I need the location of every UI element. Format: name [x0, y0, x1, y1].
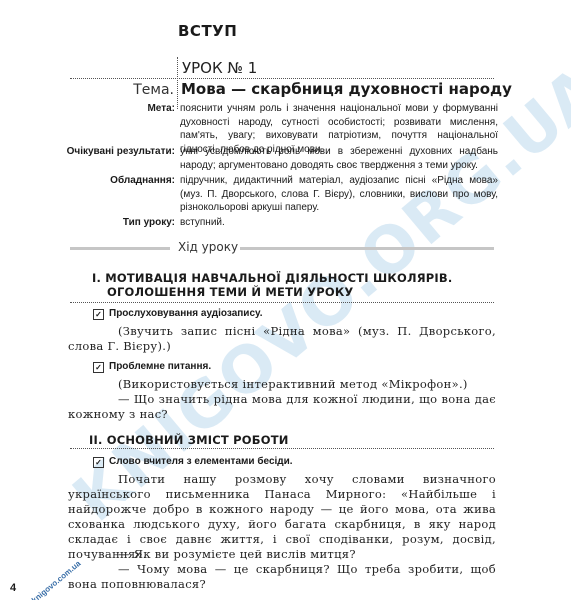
paragraph: — Що значить рідна мова для кожної людин…: [68, 392, 496, 422]
results-value: учні усвідомлюють роль мови в збереженні…: [180, 145, 498, 172]
divider: [70, 448, 494, 449]
checkbox-icon: ✓: [93, 362, 104, 373]
goal-label: Мета:: [60, 102, 175, 116]
lesson-number: УРОК № 1: [182, 59, 257, 77]
topic-label: Тема.: [130, 82, 174, 98]
paragraph: (Використовується інтерактивний метод «М…: [68, 377, 496, 392]
checklist-item: ✓Проблемне питання.: [93, 361, 211, 373]
equipment-label: Обладнання:: [60, 174, 175, 188]
section2-heading: II. ОСНОВНИЙ ЗМІСТ РОБОТИ: [89, 433, 289, 447]
paragraph: — Як ви розумієте цей вислів митця?: [68, 547, 496, 562]
checklist-item: ✓Прослуховування аудіозапису.: [93, 308, 262, 320]
topic-title: Мова — скарбниця духовності народу: [181, 80, 512, 98]
divider: [70, 78, 494, 79]
checkbox-icon: ✓: [93, 309, 104, 320]
item-title: Слово вчителя з елементами бесіди.: [109, 456, 293, 467]
page-number: 4: [10, 582, 16, 594]
equipment-value: підручник, дидактичний матеріал, аудіоза…: [180, 174, 498, 215]
paragraph: — Чому мова — це скарбниця? Що треба зро…: [68, 562, 496, 592]
divider: [70, 302, 494, 303]
item-title: Прослуховування аудіозапису.: [109, 308, 262, 319]
divider: [70, 247, 170, 250]
section-title: ВСТУП: [178, 22, 237, 40]
type-label: Тип уроку:: [60, 216, 175, 230]
divider: [240, 247, 494, 250]
checklist-item: ✓Слово вчителя з елементами бесіди.: [93, 456, 293, 468]
vertical-divider: [177, 57, 178, 109]
paragraph: (Звучить запис пісні «Рідна мова» (муз. …: [68, 324, 496, 354]
checkbox-icon: ✓: [93, 457, 104, 468]
item-title: Проблемне питання.: [109, 361, 211, 372]
lesson-course-heading: Хід уроку: [178, 240, 238, 254]
type-value: вступний.: [180, 216, 498, 230]
results-label: Очікувані результати:: [60, 145, 175, 159]
section1-heading: I. МОТИВАЦІЯ НАВЧАЛЬНОЇ ДІЯЛЬНОСТІ ШКОЛЯ…: [92, 271, 452, 285]
section1-heading: ОГОЛОШЕННЯ ТЕМИ Й МЕТИ УРОКУ: [107, 285, 354, 299]
